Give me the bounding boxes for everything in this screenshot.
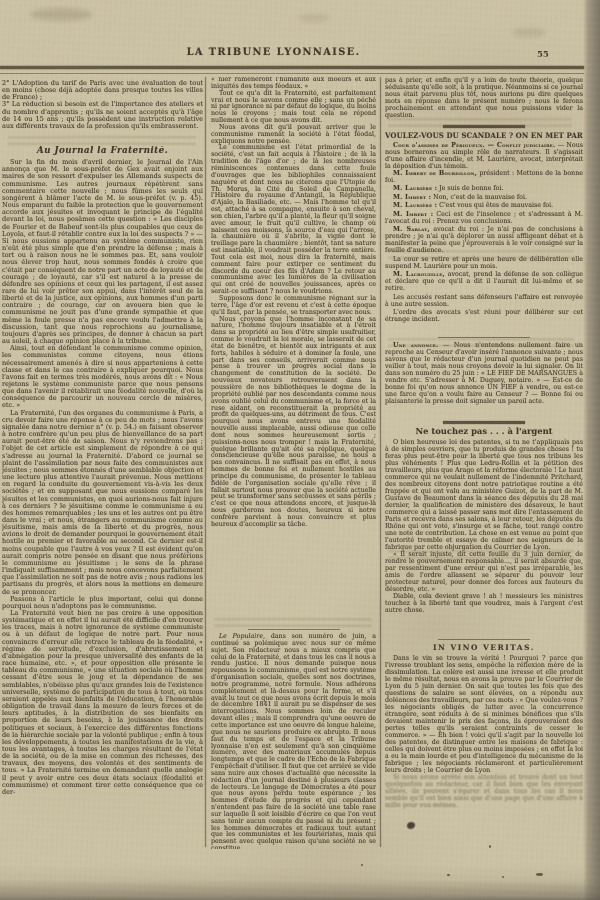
court-lead: Cour d'assises de Périgueux. — Conflit j… [393,142,555,149]
article-paragraph: Une annonce. — Nous n'entendons nullemen… [385,342,583,405]
header-rule-thick [0,66,584,69]
article-paragraph: pas à prier, et enfin qu'il y a loin de … [385,77,583,119]
article-paragraph: O bien heureuse loi des patentes, si tu … [385,439,583,551]
dialogue-line: M. Laurière : C'est vous qui êtes de mau… [385,202,583,209]
section-divider [438,639,530,640]
ink-speck [447,874,450,876]
annonce-lead: Une annonce. [393,342,438,349]
article-paragraph: « Il serait injuste, dit cette feuille d… [385,551,583,593]
margin-smudge [512,28,546,37]
dialogue-line: M. Imbert de Bourdillon, président : Met… [385,170,583,184]
article-heading-invino: IN VINO VERITAS. [385,644,583,651]
article-paragraph: Sur la fin du mois d'avril dernier, le J… [2,159,203,345]
article-paragraph: Nous avons dit qu'il pouvait arriver que… [211,125,376,146]
page-edge-bottom [0,880,600,900]
list-tail-section: 2° L'Adoption du tarif de Paris avec une… [2,80,203,146]
article-paragraph: Supposons donc le communisme régnant sur… [211,296,376,317]
intro-tail-section: pas à prier, et enfin qu'il y a loin de … [385,77,583,121]
column-left: 2° L'Adoption du tarif de Paris avec une… [2,80,203,838]
article-paragraph: La Fraternité, l'un des organes du commu… [2,410,203,596]
ink-speck [536,873,543,876]
annonce-section: Une annonce. — Nous n'entendons nullemen… [385,333,583,417]
article-paragraph: La Fraternité veut bien ne pas croire à … [2,610,203,796]
margin-smudge [30,8,92,21]
article-paragraph: Cour d'assises de Périgueux. — Conflit j… [385,142,583,170]
article-heading-scandale: VOULEZ-VOUS DU SCANDALE ? ON EN MET PART… [385,132,583,139]
dialogue-line: Les accusés restant sans défenseurs l'af… [385,294,583,308]
invino-section: IN VINO VERITAS. Dans le vin se trouve l… [385,635,583,849]
dialogue-line: M. Imbert : Ceci est de l'insolence ; et… [385,211,583,225]
dialogue-line: La cour se retire et après une heure de … [385,256,583,270]
article-paragraph: « nier ramèneront l'humanité aux moeurs … [211,77,376,91]
column-rule-left [205,77,206,847]
article-paragraph: Ainsi, tout en défendant le communisme c… [2,345,203,409]
touchez-section: Ne touchez pas . . . à l'argent O bien h… [385,417,583,635]
header-rule-thin [0,73,584,74]
article-paragraph: 2° L'Adoption du tarif de Paris avec une… [2,80,203,101]
page-edge-right [583,0,600,900]
article-paragraph: 3° La réduction si besoin est de l'impor… [2,101,203,130]
article-paragraph: Passons à l'article le plus important, c… [2,596,203,610]
newspaper-scan: LA TRIBUNE LYONNAISE. 55 2° L'Adoption d… [0,0,600,900]
dialogue-line: L'ordre des avocats s'est réuni pour dél… [385,309,583,323]
article-paragraph: Le communisme est l'état primordial de l… [211,145,376,296]
dialogue-line: M. Imbert : Non, c'est de la mauvaise fo… [385,194,583,201]
page-number: 55 [537,50,549,60]
article-paragraph: Diable, cela devient grave ! ah ! messie… [385,593,583,614]
article-heading-touchez: Ne touchez pas . . . à l'argent [385,428,583,435]
scandale-section: VOULEZ-VOUS DU SCANDALE ? ON EN MET PART… [385,121,583,333]
section-divider [443,421,525,424]
dialogue-line: M. Lacrouzille, avocat, prend la défense… [385,271,583,292]
article-paragraph-faded: Si nous avons arrêté son attention et tr… [385,774,583,809]
section-divider [443,125,525,128]
margin-smudge [298,14,330,22]
fraternite-article-section: Au Journal la Fraternité. Sur la fin du … [2,146,203,838]
section-divider [438,337,530,338]
fraternite-continued-section: « nier ramèneront l'humanité aux moeurs … [211,77,376,625]
masthead-title: LA TRIBUNE LYONNAISE. [0,47,583,58]
dialogue-line: M. Laurière : Je suis de bonne foi. [385,185,583,192]
column-middle: « nier ramèneront l'humanité aux moeurs … [211,77,376,849]
column-right: pas à prier, et enfin qu'il y a loin de … [385,77,583,849]
section-divider [248,629,340,630]
article-heading-fraternite: Au Journal la Fraternité. [2,148,203,155]
article-paragraph: Nous croyons que l'homme inconstant de s… [211,317,376,529]
populaire-section: Le Populaire, dans son numéro de juin, a… [211,625,376,849]
article-paragraph: Dans le vin se trouve la vérité ! Pourqu… [385,655,583,774]
article-paragraph: Tout ce qu'a dit la Fraternité, est parf… [211,91,376,125]
dialogue-line: M. Sarlat, avocat du roi : Je n'ai pas d… [385,226,583,254]
ink-speck [502,876,504,878]
article-paragraph: Le Populaire, dans son numéro de juin, a… [211,634,376,849]
column-rule-right [380,77,381,847]
ink-speck [361,864,363,866]
ink-speck [489,845,491,848]
